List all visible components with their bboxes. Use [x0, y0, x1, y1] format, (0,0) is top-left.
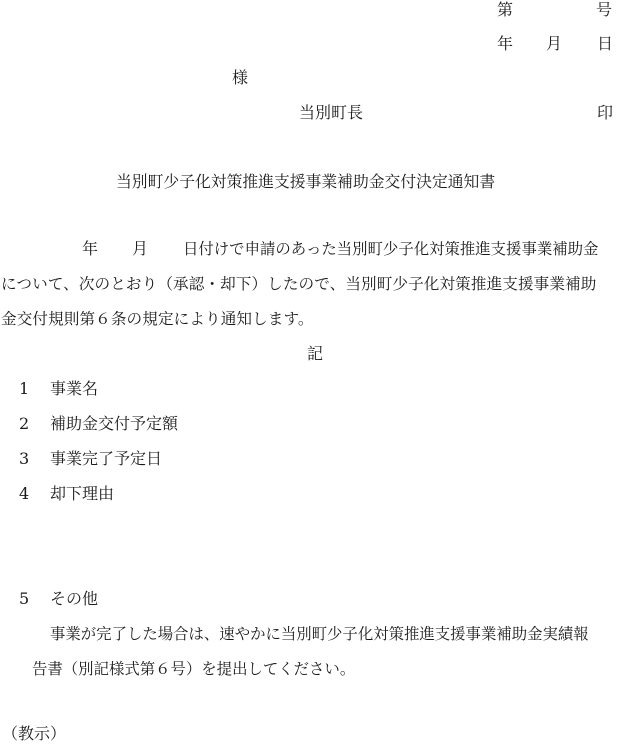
- item-4-number: 4: [19, 484, 29, 504]
- body-line-1: 日付けで申請のあった当別町少子化対策推進支援事業補助金: [183, 239, 598, 259]
- item-5-label: その他: [50, 589, 98, 609]
- other-line-1: 事業が完了した場合は、速やかに当別町少子化対策推進支援事業補助金実績報: [50, 624, 589, 644]
- item-4-label: 却下理由: [50, 484, 114, 504]
- item-2-label: 補助金交付予定額: [50, 414, 178, 434]
- date-year: 年: [497, 34, 513, 54]
- item-3-label: 事業完了予定日: [50, 449, 162, 469]
- item-1-label: 事業名: [50, 379, 98, 399]
- other-line-2: 告書（別記様式第６号）を提出してください。: [32, 659, 355, 679]
- number-suffix: 号: [596, 0, 612, 20]
- item-2-number: 2: [19, 414, 29, 434]
- item-5-number: 5: [19, 589, 29, 609]
- addressee-suffix: 様: [232, 68, 248, 88]
- body-line-3: 金交付規則第６条の規定により通知します。: [1, 309, 628, 329]
- body-line-2: について、次のとおり（承認・却下）したので、当別町少子化対策推進支援事業補助: [1, 274, 628, 294]
- document-title: 当別町少子化対策推進支援事業補助金交付決定通知書: [116, 172, 495, 192]
- date-month: 月: [546, 34, 562, 54]
- body-month: 月: [132, 239, 148, 259]
- body-year: 年: [82, 239, 98, 259]
- item-1-number: 1: [19, 379, 29, 399]
- number-prefix: 第: [497, 0, 513, 20]
- ki-heading: 記: [307, 344, 323, 364]
- seal-mark: 印: [597, 103, 613, 123]
- issuer-name: 当別町長: [299, 103, 363, 123]
- item-3-number: 3: [19, 449, 29, 469]
- instruction-note: （教示）: [2, 724, 66, 744]
- date-day: 日: [597, 34, 613, 54]
